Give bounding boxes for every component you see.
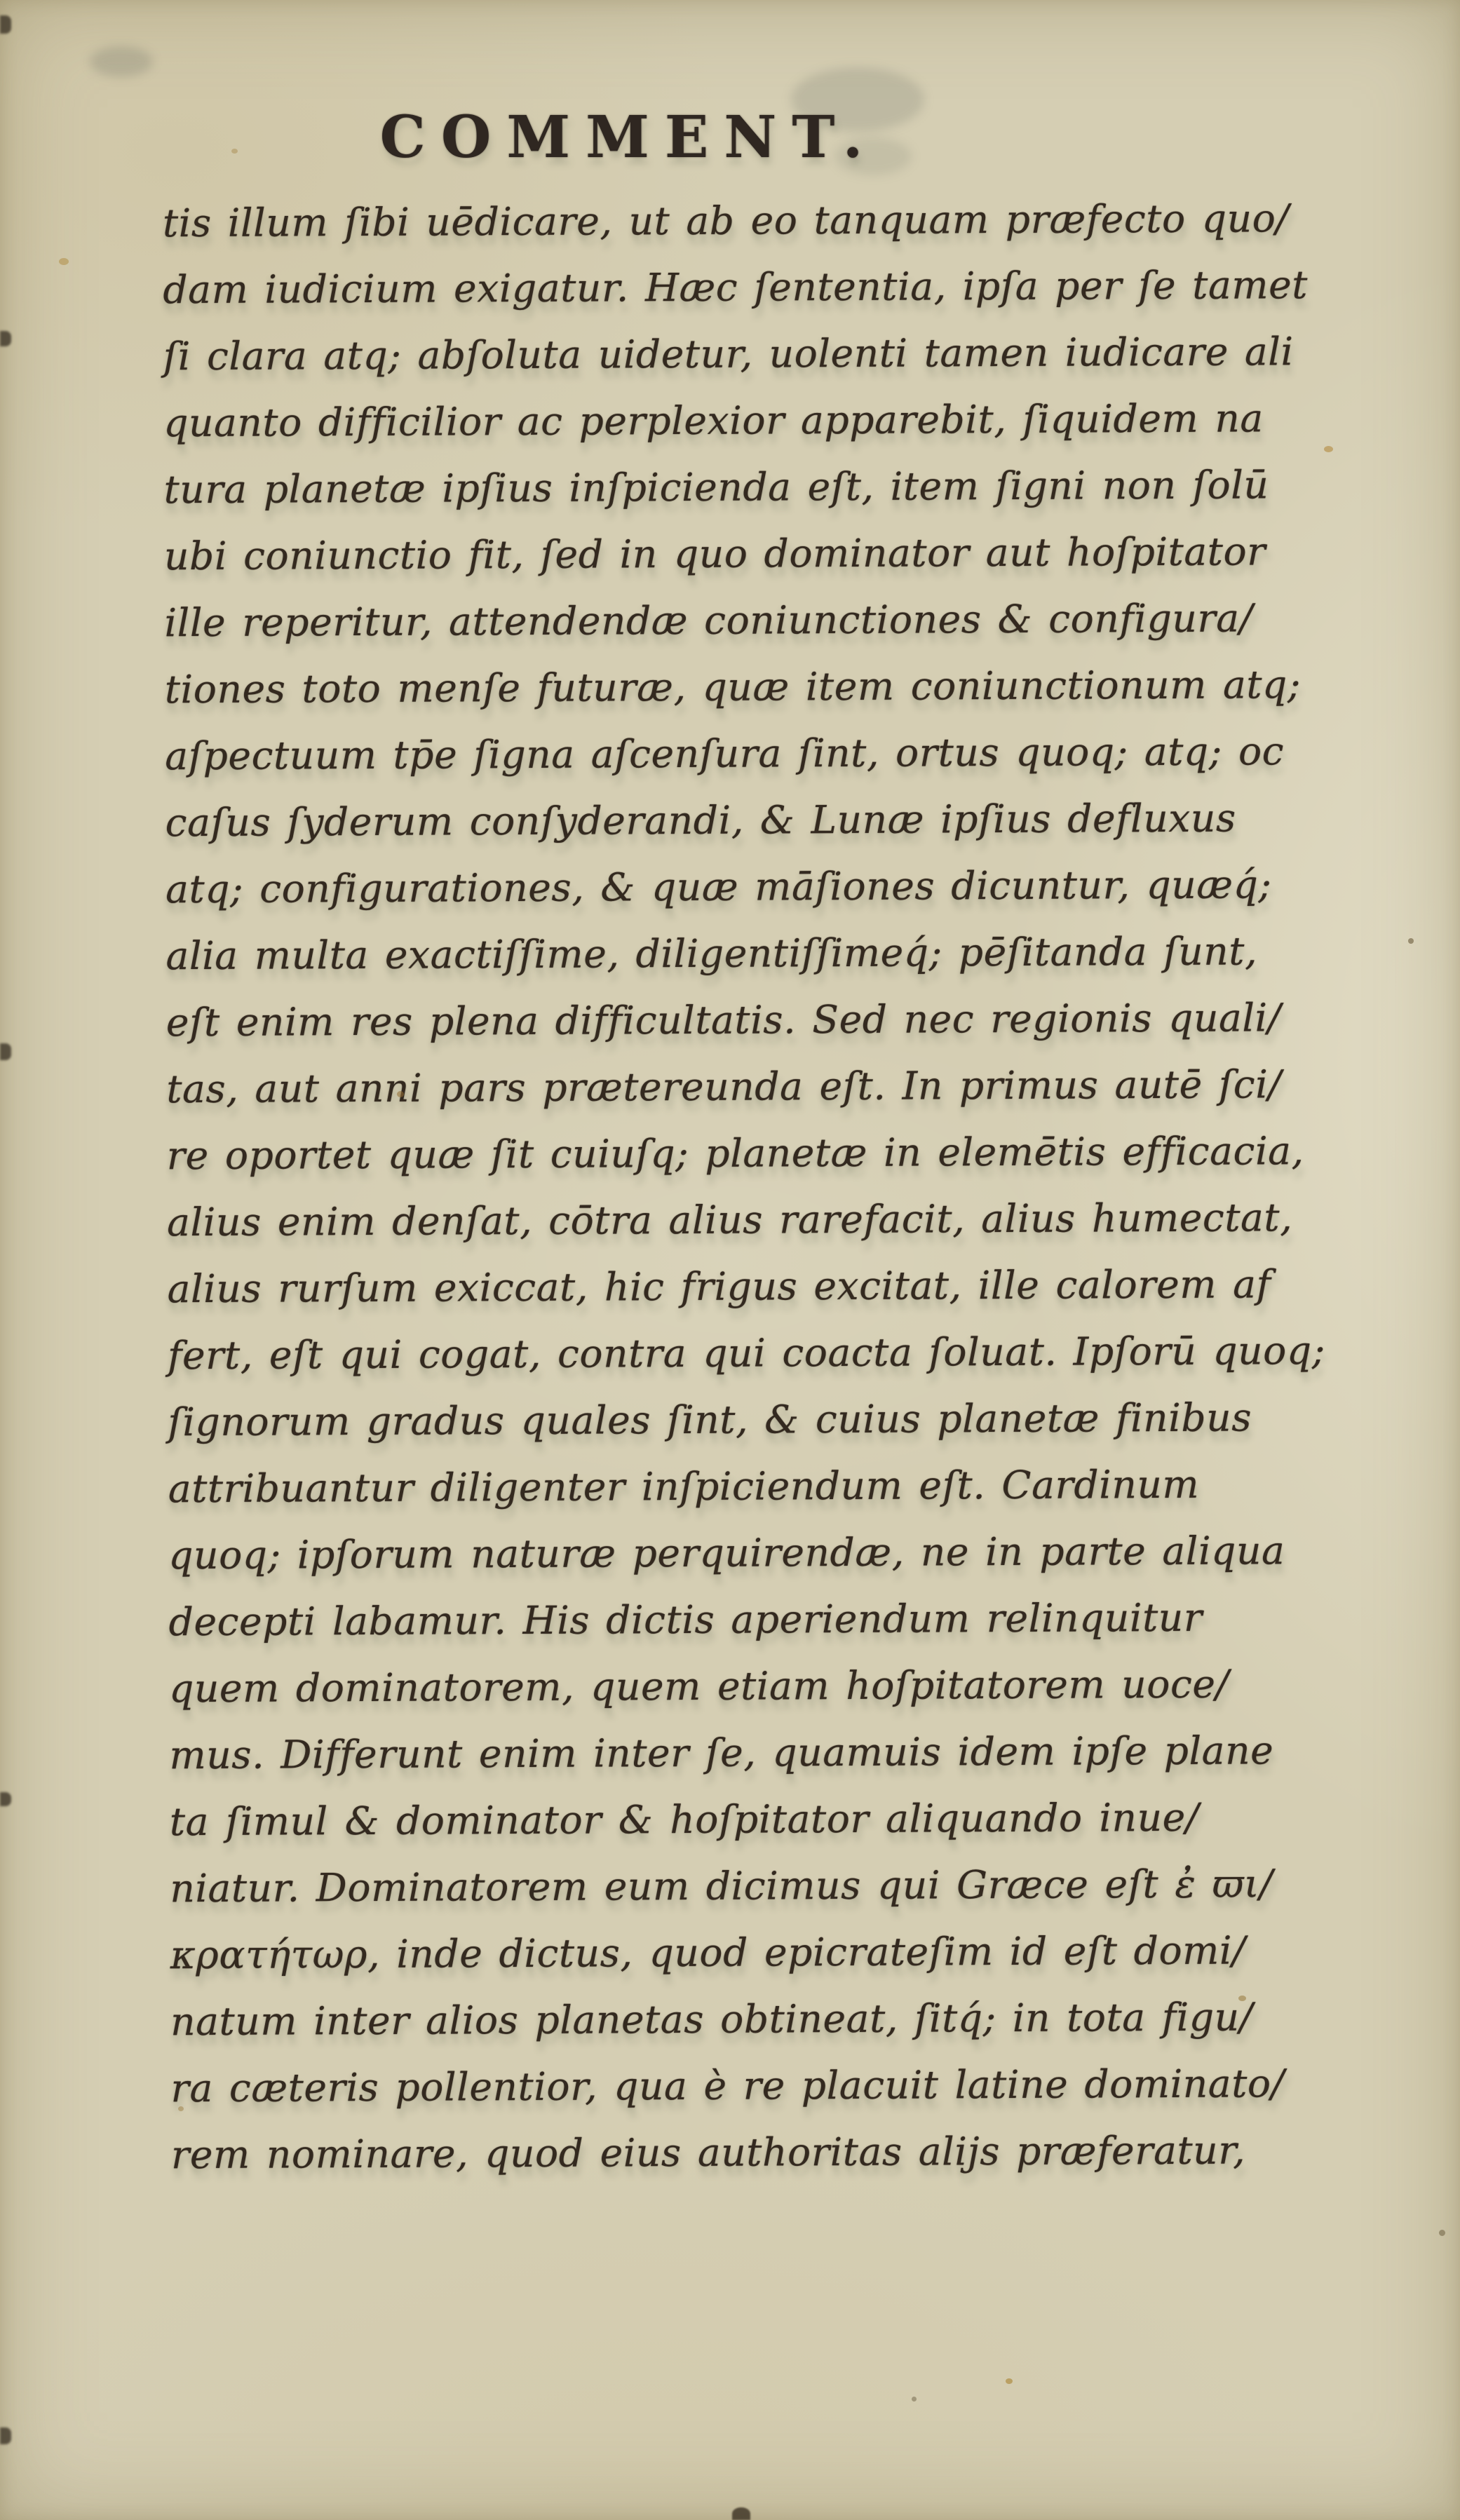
text-line: eſt enim res plena difficultatis. Sed ne… xyxy=(166,985,1196,1056)
paper-speck xyxy=(1408,938,1414,944)
paper-speck xyxy=(178,2106,184,2111)
text-line: ta ſimul & dominator & hoſpitator aliqua… xyxy=(170,1784,1199,1855)
text-line: attribuantur diligenter inſpiciendum eſt… xyxy=(168,1451,1198,1522)
text-line: quanto difficilior ac perplexior appareb… xyxy=(163,386,1193,456)
text-line: caſus ſyderum conſyderandi, & Lunæ ipſiu… xyxy=(165,785,1195,856)
text-line: tura planetæ ipſius inſpicienda eſt, ite… xyxy=(163,452,1193,523)
paper-speck xyxy=(1006,2378,1013,2384)
text-line: mus. Differunt enim inter ſe, quamuis id… xyxy=(169,1718,1198,1789)
paper-speck xyxy=(912,2397,917,2402)
text-line: fert, eſt qui cogat, contra qui coacta ſ… xyxy=(168,1318,1197,1389)
text-block: tis illum ſibi uēdicare, ut ab eo tanqua… xyxy=(163,186,1201,2188)
paper-speck xyxy=(397,1091,404,1097)
text-line: ubi coniunctio fit, ſed in quo dominator… xyxy=(164,519,1194,590)
scan-edge-mark xyxy=(0,1043,11,1060)
text-line: re oportet quæ ſit cuiuſq; planetæ in el… xyxy=(167,1118,1196,1189)
text-line: decepti labamur. His dictis aperiendum r… xyxy=(168,1585,1198,1655)
text-line: κρατήτωρ, inde dictus, quod epicrateſim … xyxy=(170,1918,1200,1989)
text-line: ſi clara atq; abſoluta uidetur, uolenti … xyxy=(163,319,1193,390)
text-line: tiones toto menſe futuræ, quæ item coniu… xyxy=(165,652,1194,723)
text-line: ſignorum gradus quales ſint, & cuius pla… xyxy=(168,1385,1197,1456)
text-line: tis illum ſibi uēdicare, ut ab eo tanqua… xyxy=(163,186,1192,257)
text-line: ra cæteris pollentior, qua è re placuit … xyxy=(170,2051,1200,2122)
paper-speck xyxy=(1324,446,1333,452)
scan-edge-mark xyxy=(0,1792,11,1806)
scan-edge-mark xyxy=(732,2507,750,2520)
scan-edge-mark xyxy=(0,2427,11,2444)
paper-speck xyxy=(59,258,69,265)
text-line: alia multa exactiſſime, diligentiſſimeq́… xyxy=(165,919,1195,989)
paper-speck xyxy=(1238,1996,1246,2001)
running-header: COMMENT. xyxy=(167,104,1196,171)
text-line: dam iudicium exigatur. Hæc ſententia, ip… xyxy=(163,252,1192,323)
text-line: ille reperitur, attendendæ coniunctiones… xyxy=(164,585,1194,656)
text-line: quem dominatorem, quem etiam hoſpitatore… xyxy=(169,1651,1198,1722)
text-line: atq; configurationes, & quæ māſiones dic… xyxy=(165,852,1195,923)
scan-edge-mark xyxy=(0,15,11,34)
text-line: rem nominare, quod eius authoritas alijs… xyxy=(171,2118,1201,2188)
text-line: tas, aut anni pars prætereunda eſt. In p… xyxy=(166,1052,1196,1123)
paper-speck xyxy=(231,149,238,154)
text-line: natum inter alios planetas obtineat, ſit… xyxy=(170,1984,1200,2055)
text-line: niatur. Dominatorem eum dicimus qui Græc… xyxy=(170,1851,1199,1922)
text-line: quoq; ipſorum naturæ perquirendæ, ne in … xyxy=(168,1518,1198,1589)
scanned-book-page: COMMENT. tis illum ſibi uēdicare, ut ab … xyxy=(0,0,1460,2520)
text-line: alius rurſum exiccat, hic frigus excitat… xyxy=(167,1252,1196,1322)
scan-edge-mark xyxy=(0,331,11,346)
ink-offset-smudge xyxy=(90,46,153,77)
text-line: alius enim denſat, cōtra alius rarefacit… xyxy=(167,1185,1196,1256)
text-line: aſpectuum tp̄e ſigna aſcenſura ſint, ort… xyxy=(165,719,1194,790)
paper-speck xyxy=(1439,2230,1445,2236)
